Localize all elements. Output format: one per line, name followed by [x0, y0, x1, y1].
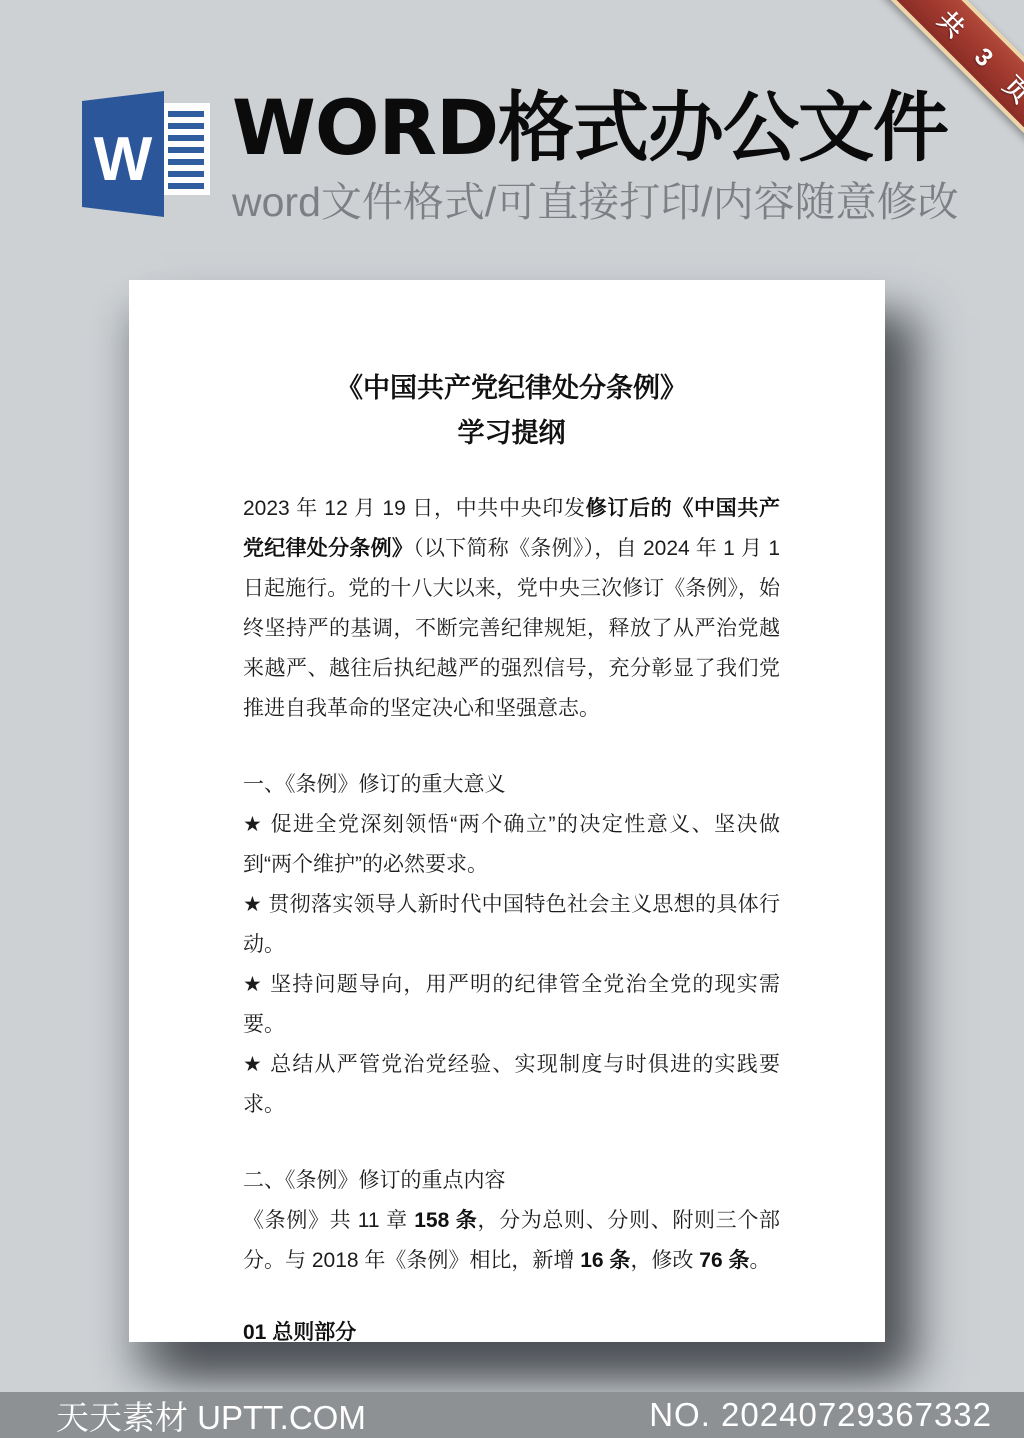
section1-heading: 一、《条例》修订的重大意义 [243, 765, 780, 805]
document-page: 《中国共产党纪律处分条例》 学习提纲 2023 年 12 月 19 日，中共中央… [129, 280, 885, 1342]
footer-item-number: NO. 20240729367332 [649, 1396, 992, 1434]
section1-bullet-1: ★ 促进全党深刻领悟“两个确立”的决定性意义、坚决做到“两个维护”的必然要求。 [243, 805, 780, 885]
doc-title-line1: 《中国共产党纪律处分条例》 [243, 366, 780, 411]
section1-bullet-3: ★ 坚持问题导向，用严明的纪律管全党治全党的现实需要。 [243, 965, 780, 1045]
header-title: WORD格式办公文件 [232, 88, 959, 168]
section2-heading: 二、《条例》修订的重点内容 [243, 1161, 780, 1201]
section1-bullet-2: ★ 贯彻落实领导人新时代中国特色社会主义思想的具体行动。 [243, 885, 780, 965]
intro-text-2: （以下简称《条例》），自 2024 年 1 月 1 日起施行。党的十八大以来，党… [243, 537, 780, 720]
header-text: WORD格式办公文件 word文件格式/可直接打印/内容随意修改 [232, 86, 959, 224]
doc-title-line2: 学习提纲 [243, 411, 780, 456]
footer-site-name: 天天素材 UPTT.COM [56, 1392, 366, 1438]
section2-text-bold-3: 76 条 [699, 1249, 749, 1272]
section2-text-bold-1: 158 条 [414, 1209, 477, 1232]
section1-bullet-4: ★ 总结从严管党治党经验、实现制度与时俱进的实践要求。 [243, 1045, 780, 1125]
word-icon-letter: W [94, 125, 153, 194]
doc-intro-paragraph: 2023 年 12 月 19 日，中共中央印发修订后的《中国共产党纪律处分条例》… [243, 489, 780, 729]
header: W WORD格式办公文件 word文件格式/可直接打印/内容随意修改 [76, 86, 959, 224]
section2-text-4: 。 [749, 1249, 770, 1272]
header-subtitle: word文件格式/可直接打印/内容随意修改 [232, 180, 959, 224]
word-logo-icon: W [76, 86, 216, 222]
section2-text-3: ，修改 [630, 1249, 699, 1272]
section2-text-1: 《条例》共 11 章 [243, 1209, 414, 1232]
footer-bar: 天天素材 UPTT.COM NO. 20240729367332 [0, 1392, 1024, 1438]
section2-text-bold-2: 16 条 [580, 1249, 630, 1272]
template-preview-canvas: W WORD格式办公文件 word文件格式/可直接打印/内容随意修改 共 3 页… [0, 0, 1024, 1438]
intro-text-1: 2023 年 12 月 19 日，中共中央印发 [243, 497, 586, 520]
section2-paragraph: 《条例》共 11 章 158 条，分为总则、分则、附则三个部分。与 2018 年… [243, 1201, 780, 1281]
section3-heading: 01 总则部分 [243, 1313, 780, 1353]
